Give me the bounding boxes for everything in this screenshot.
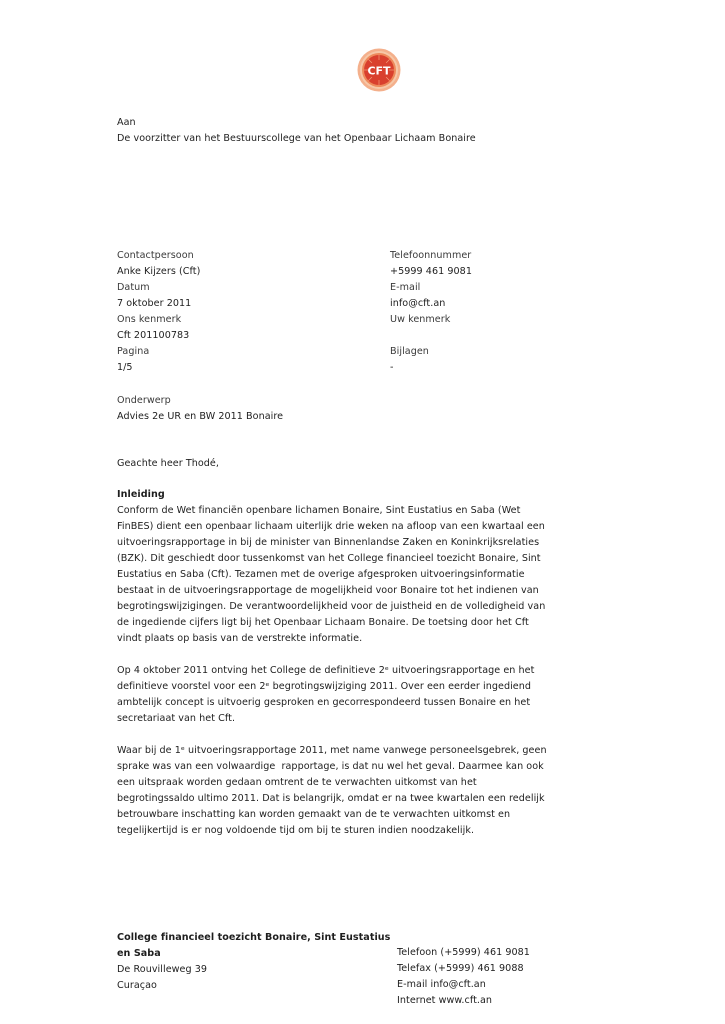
footer-website[interactable]: Internet www.cft.an <box>397 993 530 1009</box>
addressee-block: Aan De voorzitter van het Bestuurscolleg… <box>117 115 476 147</box>
introduction-section: Inleiding Conform de Wet financiën openb… <box>117 487 547 839</box>
our-reference-label: Ons kenmerk <box>117 312 200 328</box>
paragraph-line: secretariaat van het Cft. <box>117 711 547 727</box>
paragraph-line: (BZK). Dit geschiedt door tussenkomst va… <box>117 551 547 567</box>
paragraph-line: definitieve voorstel voor een 2ᵉ begroti… <box>117 679 547 695</box>
footer-org-name-line2: en Saba <box>117 946 390 962</box>
paragraph-line: Conform de Wet financiën openbare licham… <box>117 503 547 519</box>
footer-phone: Telefoon (+5999) 461 9081 <box>397 945 530 961</box>
contact-person-value: Anke Kijzers (Cft) <box>117 264 200 280</box>
attachments-value: - <box>390 360 472 376</box>
footer-email[interactable]: E-mail info@cft.an <box>397 977 530 993</box>
footer-org-name-line1: College financieel toezicht Bonaire, Sin… <box>117 930 390 946</box>
footer-address: College financieel toezicht Bonaire, Sin… <box>117 930 390 994</box>
subject-value: Advies 2e UR en BW 2011 Bonaire <box>117 409 283 425</box>
your-reference-label: Uw kenmerk <box>390 312 472 328</box>
paragraph-line: begrotingswijzigingen. De verantwoordeli… <box>117 599 547 615</box>
addressee-name: De voorzitter van het Bestuurscollege va… <box>117 131 476 147</box>
paragraph-line: ambtelijk concept is uitvoerig gesproken… <box>117 695 547 711</box>
email-value[interactable]: info@cft.an <box>390 296 472 312</box>
subject-block: Onderwerp Advies 2e UR en BW 2011 Bonair… <box>117 393 283 425</box>
paragraph-line: betrouwbare inschatting kan worden gemaa… <box>117 807 547 823</box>
meta-left-column: Contactpersoon Anke Kijzers (Cft) Datum … <box>117 248 200 376</box>
addressee-label: Aan <box>117 115 476 131</box>
paragraph: Op 4 oktober 2011 ontving het College de… <box>117 663 547 727</box>
paragraph: Conform de Wet financiën openbare licham… <box>117 503 547 647</box>
paragraph-line: de ingediende cijfers ligt bij het Openb… <box>117 615 547 631</box>
paragraph: Waar bij de 1ᵉ uitvoeringsrapportage 201… <box>117 743 547 839</box>
salutation: Geachte heer Thodé, <box>117 456 219 472</box>
your-reference-value <box>390 328 472 344</box>
footer-city: Curaçao <box>117 978 390 994</box>
page-value: 1/5 <box>117 360 200 376</box>
attachments-label: Bijlagen <box>390 344 472 360</box>
paragraph-line: bestaat in de uitvoeringsrapportage de m… <box>117 583 547 599</box>
paragraph-line: Eustatius en Saba (Cft). Tezamen met de … <box>117 567 547 583</box>
paragraph-line: uitvoeringsrapportage in bij de minister… <box>117 535 547 551</box>
contact-person-label: Contactpersoon <box>117 248 200 264</box>
paragraph-line: FinBES) dient een openbaar lichaam uiter… <box>117 519 547 535</box>
phone-value: +5999 461 9081 <box>390 264 472 280</box>
cft-logo-icon: CFT <box>357 48 401 92</box>
svg-text:CFT: CFT <box>367 65 391 78</box>
meta-right-column: Telefoonnummer +5999 461 9081 E-mail inf… <box>390 248 472 376</box>
paragraph-line: vindt plaats op basis van de verstrekte … <box>117 631 547 647</box>
footer-contact: Telefoon (+5999) 461 9081 Telefax (+5999… <box>397 945 530 1009</box>
our-reference-value: Cft 201100783 <box>117 328 200 344</box>
paragraph-line: begrotingssaldo ultimo 2011. Dat is bela… <box>117 791 547 807</box>
date-value: 7 oktober 2011 <box>117 296 200 312</box>
page-label: Pagina <box>117 344 200 360</box>
email-label: E-mail <box>390 280 472 296</box>
paragraph-line: een uitspraak worden gedaan omtrent de t… <box>117 775 547 791</box>
paragraph-line: tegelijkertijd is er nog voldoende tijd … <box>117 823 547 839</box>
body-paragraphs: Conform de Wet financiën openbare licham… <box>117 503 547 839</box>
section-heading: Inleiding <box>117 487 547 503</box>
footer-street: De Rouvilleweg 39 <box>117 962 390 978</box>
subject-label: Onderwerp <box>117 393 283 409</box>
paragraph-line: Op 4 oktober 2011 ontving het College de… <box>117 663 547 679</box>
paragraph-line: Waar bij de 1ᵉ uitvoeringsrapportage 201… <box>117 743 547 759</box>
date-label: Datum <box>117 280 200 296</box>
footer-fax: Telefax (+5999) 461 9088 <box>397 961 530 977</box>
phone-label: Telefoonnummer <box>390 248 472 264</box>
paragraph-line: sprake was van een volwaardige rapportag… <box>117 759 547 775</box>
